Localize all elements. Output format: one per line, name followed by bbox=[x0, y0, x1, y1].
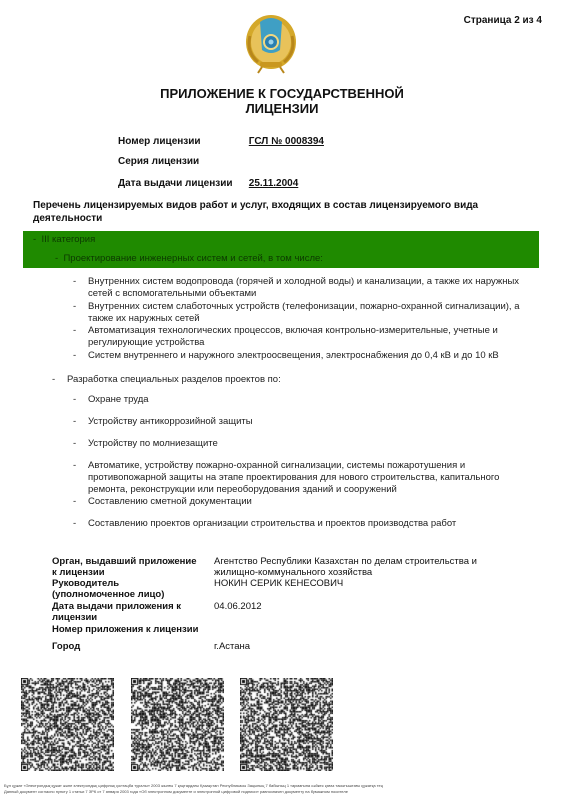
activity-list-intro: Перечень лицензируемых видов работ и усл… bbox=[33, 199, 523, 225]
list-item: -Систем внутреннего и наружного электроо… bbox=[88, 350, 528, 362]
special-sections-heading: -Разработка специальных разделов проекто… bbox=[67, 374, 527, 386]
list-item: -Составлению проектов организации строит… bbox=[88, 518, 528, 530]
list-item: -Внутренних систем слаботочных устройств… bbox=[88, 301, 528, 325]
qr-code-3 bbox=[240, 678, 333, 771]
license-series-label: Серия лицензии bbox=[118, 156, 246, 167]
category-row: - III категория bbox=[33, 234, 95, 245]
legal-footer: Бұл құжат «Электрондық құжат және электр… bbox=[4, 783, 560, 795]
appendix-date-label: Дата выдачи приложения к лицензии bbox=[52, 601, 202, 623]
category-label: III категория bbox=[41, 234, 95, 245]
list-item: -Устройству по молниезащите bbox=[88, 438, 528, 450]
state-emblem-icon bbox=[244, 12, 298, 74]
issuer-authority-value: Агентство Республики Казахстан по делам … bbox=[214, 556, 514, 578]
subcategory-label: Проектирование инженерных систем и сетей… bbox=[63, 253, 322, 264]
list-item: -Внутренних систем водопровода (горячей … bbox=[88, 276, 528, 300]
appendix-number-label: Номер приложения к лицензии bbox=[52, 624, 252, 635]
qr-code-1 bbox=[21, 678, 114, 771]
license-number-row: Номер лицензии ГСЛ № 0008394 bbox=[118, 136, 324, 147]
list-item: -Охране труда bbox=[88, 394, 528, 406]
document-title: ПРИЛОЖЕНИЕ К ГОСУДАРСТВЕННОЙ ЛИЦЕНЗИИ bbox=[0, 86, 564, 116]
license-date-row: Дата выдачи лицензии 25.11.2004 bbox=[118, 178, 298, 189]
license-date-label: Дата выдачи лицензии bbox=[118, 178, 246, 189]
issuer-head-label: Руководитель (уполномоченное лицо) bbox=[52, 578, 202, 600]
issuer-head-value: НОКИН СЕРИК КЕНЕСОВИЧ bbox=[214, 578, 514, 589]
appendix-date-value: 04.06.2012 bbox=[214, 601, 514, 612]
list-item: -Составлению сметной документации bbox=[88, 496, 528, 508]
title-line-1: ПРИЛОЖЕНИЕ К ГОСУДАРСТВЕННОЙ bbox=[0, 86, 564, 101]
highlighted-category-block: - III категория - Проектирование инженер… bbox=[23, 231, 539, 268]
license-series-row: Серия лицензии bbox=[118, 156, 246, 167]
title-line-2: ЛИЦЕНЗИИ bbox=[0, 101, 564, 116]
license-number-label: Номер лицензии bbox=[118, 136, 246, 147]
list-item: -Автоматике, устройству пожарно-охранной… bbox=[88, 460, 528, 496]
subcategory-row: - Проектирование инженерных систем и сет… bbox=[55, 253, 323, 264]
city-label: Город bbox=[52, 641, 202, 652]
issuer-authority-label: Орган, выдавший приложение к лицензии bbox=[52, 556, 202, 578]
city-value: г.Астана bbox=[214, 641, 514, 652]
list-item: -Устройству антикоррозийной защиты bbox=[88, 416, 528, 428]
qr-code-2 bbox=[131, 678, 224, 771]
page-indicator: Страница 2 из 4 bbox=[464, 15, 542, 26]
footer-line-ru: Данный документ согласно пункту 1 статьи… bbox=[4, 789, 560, 795]
license-date-value: 25.11.2004 bbox=[249, 178, 299, 189]
license-number-value: ГСЛ № 0008394 bbox=[249, 136, 324, 147]
list-item: -Автоматизация технологических процессов… bbox=[88, 325, 528, 349]
